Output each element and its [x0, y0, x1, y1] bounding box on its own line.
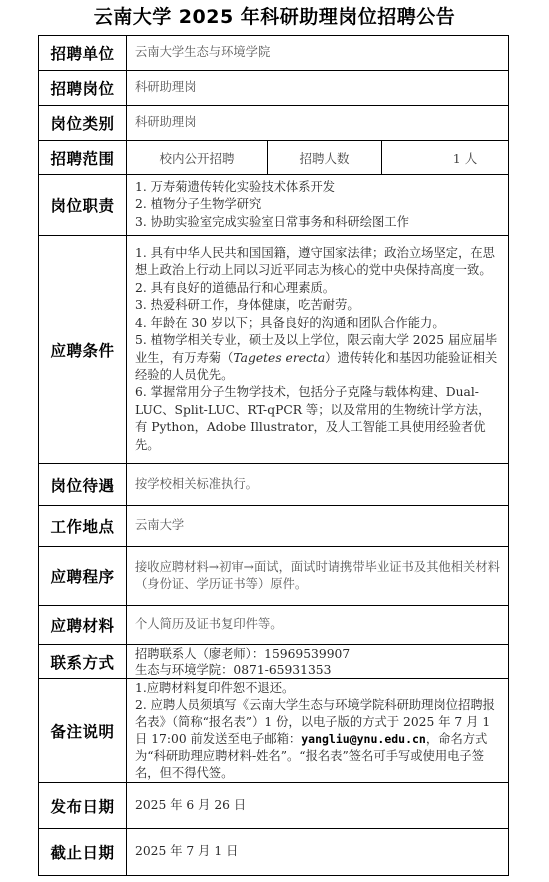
value-materials: 个人简历及证书复印件等。 — [127, 606, 509, 645]
row-contact: 联系方式 招聘联系人（廖老师）：15969539907 生态与环境学院：0871… — [39, 645, 509, 679]
row-unit: 招聘单位 云南大学生态与环境学院 — [39, 36, 509, 71]
label-count: 招聘人数 — [268, 141, 382, 174]
row-remarks: 备注说明 1.应聘材料复印件恕不退还。 2. 应聘人员须填写《云南大学生态与环境… — [39, 679, 509, 783]
value-benefits: 按学校相关标准执行。 — [127, 464, 509, 506]
value-scope: 校内公开招聘 — [127, 141, 268, 174]
value-count: 1 人 — [382, 141, 509, 174]
label-position: 招聘岗位 — [39, 71, 127, 106]
remark-item-2: 2. 应聘人员须填写《云南大学生态与环境学院科研助理岗位招聘报名表》（简称“报名… — [135, 697, 502, 782]
row-procedure: 应聘程序 接收应聘材料→初审→面试，面试时请携带毕业证书及其他相关材料（身份证、… — [39, 547, 509, 606]
value-category: 科研助理岗 — [127, 106, 509, 141]
duty-item: 3. 协助实验室完成实验室日常事务和科研绘图工作 — [135, 214, 502, 231]
label-requirements: 应聘条件 — [39, 236, 127, 464]
requirement-item: 1. 具有中华人民共和国国籍，遵守国家法律；政治立场坚定，在思想上政治上行动上同… — [135, 245, 502, 280]
page-title: 云南大学 2025 年科研助理岗位招聘公告 — [0, 4, 549, 30]
value-requirements: 1. 具有中华人民共和国国籍，遵守国家法律；政治立场坚定，在思想上政治上行动上同… — [127, 236, 509, 464]
contact-school: 生态与环境学院：0871-65931353 — [135, 662, 502, 678]
contact-recruiter: 招聘联系人（廖老师）：15969539907 — [135, 646, 502, 662]
recruitment-table: 招聘单位 云南大学生态与环境学院 招聘岗位 科研助理岗 岗位类别 科研助理岗 招… — [38, 35, 509, 876]
requirement-item-5: 5. 植物学相关专业，硕士及以上学位，限云南大学 2025 届应届毕业生，有万寿… — [135, 332, 502, 384]
value-deadline: 2025 年 7 月 1 日 — [127, 829, 509, 876]
row-publish-date: 发布日期 2025 年 6 月 26 日 — [39, 783, 509, 829]
value-position: 科研助理岗 — [127, 71, 509, 106]
requirement-item: 3. 热爱科研工作，身体健康，吃苦耐劳。 — [135, 297, 502, 314]
value-publish-date: 2025 年 6 月 26 日 — [127, 783, 509, 829]
requirement-item-6: 6. 掌握常用分子生物学技术，包括分子克隆与载体构建、Dual-LUC、Spli… — [135, 384, 502, 454]
requirement-item: 4. 年龄在 30 岁以下；具备良好的沟通和团队合作能力。 — [135, 315, 502, 332]
row-benefits: 岗位待遇 按学校相关标准执行。 — [39, 464, 509, 506]
label-procedure: 应聘程序 — [39, 547, 127, 606]
label-materials: 应聘材料 — [39, 606, 127, 645]
scope-subtable: 校内公开招聘 招聘人数 1 人 — [127, 141, 508, 174]
value-location: 云南大学 — [127, 506, 509, 547]
row-requirements: 应聘条件 1. 具有中华人民共和国国籍，遵守国家法律；政治立场坚定，在思想上政治… — [39, 236, 509, 464]
remark-item-1: 1.应聘材料复印件恕不退还。 — [135, 680, 502, 697]
row-deadline: 截止日期 2025 年 7 月 1 日 — [39, 829, 509, 876]
row-location: 工作地点 云南大学 — [39, 506, 509, 547]
duty-item: 2. 植物分子生物学研究 — [135, 196, 502, 213]
latin-name: Tagetes erecta — [233, 351, 325, 365]
row-category: 岗位类别 科研助理岗 — [39, 106, 509, 141]
label-location: 工作地点 — [39, 506, 127, 547]
row-scope: 招聘范围 校内公开招聘 招聘人数 1 人 — [39, 141, 509, 175]
label-remarks: 备注说明 — [39, 679, 127, 783]
row-duties: 岗位职责 1. 万寿菊遗传转化实验技术体系开发 2. 植物分子生物学研究 3. … — [39, 175, 509, 236]
value-unit: 云南大学生态与环境学院 — [127, 36, 509, 71]
row-position: 招聘岗位 科研助理岗 — [39, 71, 509, 106]
value-duties: 1. 万寿菊遗传转化实验技术体系开发 2. 植物分子生物学研究 3. 协助实验室… — [127, 175, 509, 236]
label-deadline: 截止日期 — [39, 829, 127, 876]
label-category: 岗位类别 — [39, 106, 127, 141]
value-contact: 招聘联系人（廖老师）：15969539907 生态与环境学院：0871-6593… — [127, 645, 509, 679]
label-publish-date: 发布日期 — [39, 783, 127, 829]
label-contact: 联系方式 — [39, 645, 127, 679]
scope-cell: 校内公开招聘 招聘人数 1 人 — [127, 141, 509, 175]
requirement-item: 2. 具有良好的道德品行和心理素质。 — [135, 280, 502, 297]
value-remarks: 1.应聘材料复印件恕不退还。 2. 应聘人员须填写《云南大学生态与环境学院科研助… — [127, 679, 509, 783]
email-link[interactable]: yangliu@ynu.edu.cn — [301, 732, 426, 746]
label-duties: 岗位职责 — [39, 175, 127, 236]
label-unit: 招聘单位 — [39, 36, 127, 71]
label-benefits: 岗位待遇 — [39, 464, 127, 506]
row-materials: 应聘材料 个人简历及证书复印件等。 — [39, 606, 509, 645]
value-procedure: 接收应聘材料→初审→面试，面试时请携带毕业证书及其他相关材料（身份证、学历证书等… — [127, 547, 509, 606]
duty-item: 1. 万寿菊遗传转化实验技术体系开发 — [135, 179, 502, 196]
label-scope: 招聘范围 — [39, 141, 127, 175]
